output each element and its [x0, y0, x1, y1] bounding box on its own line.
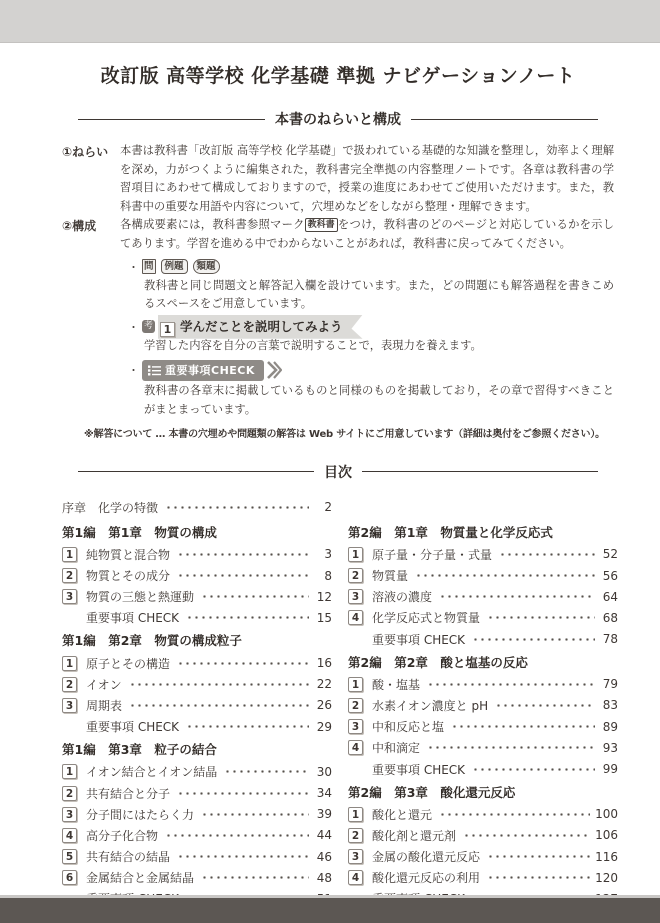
feature-check-description: 教科書の各章末に掲載しているものと同様のものを掲載しており，その章で習得すべきこ…: [144, 382, 614, 419]
item-number-spacer: [348, 632, 363, 647]
dot-leader: [177, 792, 309, 795]
toc-heading-wrap: 目次: [62, 462, 614, 482]
book-title: 改訂版 高等学校 化学基礎 準拠 ナビゲーションノート: [62, 61, 614, 88]
feature-explain: ・ 考 1学んだことを説明してみよう 学習した内容を自分の言葉で説明することで，…: [62, 317, 614, 356]
toc-item-title: 共有結合の結晶: [86, 848, 170, 865]
toc-chapter-heading: 第1編 第3章 粒子の結合: [62, 737, 332, 761]
think-icon: 考: [142, 320, 155, 333]
toc-page-number: 12: [314, 590, 332, 604]
toc-column-right: 第2編 第1章 物質量と化学反応式1原子量・分子量・式量522物質量563溶液の…: [348, 520, 618, 910]
page-content: 改訂版 高等学校 化学基礎 準拠 ナビゲーションノート 本書のねらいと構成 ①ね…: [0, 43, 660, 895]
dot-leader: [201, 595, 309, 598]
dot-leader: [186, 616, 309, 619]
structure-text-before: 各構成要素には，教科書参照マーク: [120, 218, 305, 231]
feature-check-head: ・ 重要事項CHECK: [128, 358, 614, 382]
toc-row: 1原子量・分子量・式量52: [348, 544, 618, 565]
dot-leader: [177, 855, 309, 858]
bottom-margin-band: [0, 895, 660, 923]
dot-leader: [186, 725, 309, 728]
chevron-right-icon: [266, 361, 282, 379]
toc-row: 1酸・塩基79: [348, 674, 618, 695]
top-margin-band: [0, 0, 660, 43]
toc-item-title: 原子とその構造: [86, 655, 170, 672]
toc-page-number: 30: [314, 765, 332, 779]
toc-item-title: イオン: [86, 676, 122, 693]
dot-leader: [224, 770, 309, 773]
toc-page-number: 79: [600, 677, 618, 691]
item-number-badge: 3: [62, 589, 77, 604]
item-number-badge: 3: [62, 807, 77, 822]
answers-footnote: ※解答について … 本書の穴埋めや問題類の解答は Web サイトにご用意していま…: [84, 425, 614, 440]
toc-item-title: 酸・塩基: [372, 676, 420, 693]
toc-item-title: 金属結合と金属結晶: [86, 869, 194, 886]
dot-leader: [129, 704, 309, 707]
toc-row: 2共有結合と分子34: [62, 782, 332, 803]
toc-intro-page-number: 2: [314, 500, 332, 514]
dot-leader: [165, 834, 309, 837]
toc-page-number: 116: [595, 850, 618, 864]
toc-row: 1純物質と混合物3: [62, 544, 332, 565]
item-number-badge: 1: [62, 656, 77, 671]
intro-heading-text: 本書のねらいと構成: [265, 109, 411, 129]
item-number-badge: 2: [348, 828, 363, 843]
toc-item-title: 重要事項 CHECK: [372, 631, 465, 648]
dot-leader: [439, 595, 595, 598]
explain-ribbon: 1学んだことを説明してみよう: [158, 315, 363, 339]
toc-row: 重要事項 CHECK15: [62, 607, 332, 628]
dot-leader: [463, 834, 590, 837]
item-number-badge: 2: [348, 698, 363, 713]
check-banner-text: 重要事項CHECK: [165, 362, 255, 378]
toc-page-number: 48: [314, 871, 332, 885]
toc-page-number: 26: [314, 698, 332, 712]
dot-leader: [177, 574, 309, 577]
structure-block: ②構成 各構成要素には，教科書参照マーク教科書をつけ，教科書のどのページと対応し…: [62, 216, 614, 253]
dot-leader: [177, 553, 309, 556]
toc-item-title: 物質とその成分: [86, 567, 170, 584]
toc-chapter-heading: 第2編 第1章 物質量と化学反応式: [348, 520, 618, 544]
item-number-badge: 4: [62, 828, 77, 843]
dot-leader: [472, 638, 595, 641]
item-number-spacer: [62, 610, 77, 625]
toc-item-title: 中和滴定: [372, 739, 420, 756]
toc-row: 5共有結合の結晶46: [62, 846, 332, 867]
toc-row: 3中和反応と塩89: [348, 716, 618, 737]
toc-heading-text: 目次: [314, 462, 362, 482]
toc-page-number: 16: [314, 656, 332, 670]
dot-leader: [499, 553, 595, 556]
item-number-badge: 3: [348, 719, 363, 734]
bullet-dot: ・: [128, 259, 139, 275]
item-number-badge: 1: [62, 547, 77, 562]
toc-item-title: 酸化剤と還元剤: [372, 827, 456, 844]
toc-item-title: 中和反応と塩: [372, 718, 444, 735]
toc-row: 2水素イオン濃度と pH83: [348, 695, 618, 716]
toc-section-heading-rule: 目次: [78, 462, 598, 482]
toc-row: 2酸化剤と還元剤106: [348, 825, 618, 846]
toc-page-number: 120: [595, 871, 618, 885]
toc-row: 2物質量56: [348, 565, 618, 586]
toc-item-title: 酸化還元反応の利用: [372, 869, 480, 886]
toc-item-title: 酸化と還元: [372, 806, 432, 823]
toc-item-title: 周期表: [86, 697, 122, 714]
item-number-badge: 2: [62, 677, 77, 692]
list-icon: [148, 365, 161, 376]
toc-page-number: 83: [600, 698, 618, 712]
toc-intro-title: 序章 化学の特徴: [62, 499, 158, 516]
toc-page-number: 89: [600, 720, 618, 734]
toc-item-title: 金属の酸化還元反応: [372, 848, 480, 865]
toc-item-title: 重要事項 CHECK: [86, 609, 179, 626]
item-number-spacer: [62, 719, 77, 734]
item-number-badge: 4: [348, 740, 363, 755]
toc-item-title: 重要事項 CHECK: [372, 761, 465, 778]
item-number-badge: 1: [348, 547, 363, 562]
toc-item-title: 溶液の濃度: [372, 588, 432, 605]
toc-page-number: 99: [600, 762, 618, 776]
toc-item-title: 物質量: [372, 567, 408, 584]
toc-page-number: 39: [314, 807, 332, 821]
toc-item-title: 分子間にはたらく力: [86, 806, 194, 823]
toc-page-number: 106: [595, 828, 618, 842]
toc-item-title: 高分子化合物: [86, 827, 158, 844]
aim-text: 本書は教科書「改訂版 高等学校 化学基礎」で扱われている基礎的な知識を整理し，効…: [120, 142, 614, 216]
item-number-badge: 3: [348, 849, 363, 864]
toc-row: 1イオン結合とイオン結晶30: [62, 761, 332, 782]
item-number-badge: 1: [62, 764, 77, 779]
similar-problem-badge: 類題: [193, 259, 220, 274]
item-number-badge: 1: [348, 807, 363, 822]
dot-leader: [201, 876, 309, 879]
intro-area: ①ねらい 本書は教科書「改訂版 高等学校 化学基礎」で扱われている基礎的な知識を…: [62, 142, 614, 440]
feature-check: ・ 重要事項CHECK: [62, 358, 614, 419]
toc-row: 3溶液の濃度64: [348, 586, 618, 607]
toc-intro-row: 序章 化学の特徴 2: [62, 497, 332, 518]
dot-leader: [487, 855, 590, 858]
toc-page-number: 100: [595, 807, 618, 821]
structure-label: ②構成: [62, 216, 120, 234]
item-number-badge: 2: [62, 568, 77, 583]
toc-page-number: 3: [314, 547, 332, 561]
item-number-badge: 2: [62, 786, 77, 801]
question-badge: 問: [142, 259, 156, 274]
explain-number-box: 1: [160, 322, 175, 337]
dot-leader: [129, 683, 309, 686]
toc-row: 4高分子化合物44: [62, 825, 332, 846]
toc-column-left: 第1編 第1章 物質の構成1純物質と混合物32物質とその成分83物質の三態と熱運…: [62, 520, 332, 910]
dot-leader: [487, 616, 595, 619]
toc-page-number: 34: [314, 786, 332, 800]
bullet-dot: ・: [128, 319, 139, 335]
item-number-badge: 2: [348, 568, 363, 583]
toc-row: 2物質とその成分8: [62, 565, 332, 586]
toc-row: 3金属の酸化還元反応116: [348, 846, 618, 867]
feature-problem-description: 教科書と同じ問題文と解答記入欄を設けています。また，どの問題にも解答過程を書きこ…: [144, 277, 614, 314]
dot-leader: [165, 506, 309, 509]
toc-row: 6金属結合と金属結晶48: [62, 867, 332, 888]
feature-explain-description: 学習した内容を自分の言葉で説明することで，表現力を養えます。: [144, 337, 614, 356]
dot-leader: [427, 683, 595, 686]
intro-section-heading: 本書のねらいと構成: [78, 109, 598, 129]
toc-chapter-heading: 第1編 第1章 物質の構成: [62, 520, 332, 544]
dot-leader: [427, 746, 595, 749]
item-number-badge: 3: [62, 698, 77, 713]
item-number-badge: 4: [348, 870, 363, 885]
dot-leader: [439, 813, 590, 816]
toc-page-number: 52: [600, 547, 618, 561]
dot-leader: [201, 813, 309, 816]
toc-page-number: 29: [314, 720, 332, 734]
aim-block: ①ねらい 本書は教科書「改訂版 高等学校 化学基礎」で扱われている基礎的な知識を…: [62, 142, 614, 216]
item-number-badge: 1: [348, 677, 363, 692]
toc-row: 重要事項 CHECK29: [62, 716, 332, 737]
toc-row: 重要事項 CHECK99: [348, 758, 618, 779]
item-number-badge: 3: [348, 589, 363, 604]
toc-chapter-heading: 第1編 第2章 物質の構成粒子: [62, 628, 332, 652]
toc-row: 3分子間にはたらく力39: [62, 804, 332, 825]
toc-item-title: 水素イオン濃度と pH: [372, 697, 488, 714]
dot-leader: [495, 704, 595, 707]
toc-page-number: 64: [600, 590, 618, 604]
toc-row: 2イオン22: [62, 674, 332, 695]
heading-rule-right: [362, 471, 598, 472]
toc-row: 3物質の三態と熱運動12: [62, 586, 332, 607]
item-number-badge: 6: [62, 870, 77, 885]
toc-row: 3周期表26: [62, 695, 332, 716]
heading-rule-left: [78, 471, 314, 472]
toc-page-number: 22: [314, 677, 332, 691]
toc-item-title: 共有結合と分子: [86, 785, 170, 802]
heading-rule-left: [78, 119, 265, 120]
toc-item-title: 純物質と混合物: [86, 546, 170, 563]
dot-leader: [487, 876, 590, 879]
toc-item-title: 原子量・分子量・式量: [372, 546, 492, 563]
toc-item-title: 重要事項 CHECK: [86, 718, 179, 735]
feature-problem-head: ・ 問 例題 類題: [128, 257, 614, 277]
example-badge: 例題: [161, 259, 188, 274]
feature-explain-head: ・ 考 1学んだことを説明してみよう: [128, 317, 614, 337]
toc-page-number: 56: [600, 569, 618, 583]
toc-page-number: 46: [314, 850, 332, 864]
toc-item-title: 物質の三態と熱運動: [86, 588, 194, 605]
toc-item-title: イオン結合とイオン結晶: [86, 763, 217, 780]
heading-rule-right: [411, 119, 598, 120]
toc-chapter-heading: 第2編 第3章 酸化還元反応: [348, 780, 618, 804]
item-number-badge: 5: [62, 849, 77, 864]
dot-leader: [472, 768, 595, 771]
dot-leader: [451, 725, 595, 728]
toc-row: 1原子とその構造16: [62, 652, 332, 673]
dot-leader: [415, 574, 595, 577]
item-number-badge: 4: [348, 610, 363, 625]
toc-item-title: 化学反応式と物質量: [372, 609, 480, 626]
toc-columns: 第1編 第1章 物質の構成1純物質と混合物32物質とその成分83物質の三態と熱運…: [62, 520, 614, 910]
toc-page-number: 78: [600, 632, 618, 646]
book-page-scan: 改訂版 高等学校 化学基礎 準拠 ナビゲーションノート 本書のねらいと構成 ①ね…: [0, 0, 660, 923]
item-number-spacer: [348, 762, 363, 777]
toc-row: 1酸化と還元100: [348, 804, 618, 825]
explain-banner-text: 学んだことを説明してみよう: [180, 319, 343, 334]
toc-row: 4中和滴定93: [348, 737, 618, 758]
dot-leader: [177, 662, 309, 665]
toc-row: 重要事項 CHECK78: [348, 628, 618, 649]
feature-problem: ・ 問 例題 類題 教科書と同じ問題文と解答記入欄を設けています。また，どの問題…: [62, 257, 614, 314]
toc-row: 4化学反応式と物質量68: [348, 607, 618, 628]
toc-page-number: 44: [314, 828, 332, 842]
aim-label: ①ねらい: [62, 142, 120, 160]
toc-page-number: 93: [600, 741, 618, 755]
toc-page-number: 15: [314, 611, 332, 625]
toc-page-number: 68: [600, 611, 618, 625]
toc-row: 4酸化還元反応の利用120: [348, 867, 618, 888]
toc-chapter-heading: 第2編 第2章 酸と塩基の反応: [348, 650, 618, 674]
textbook-ref-mark: 教科書: [305, 218, 338, 232]
important-check-banner: 重要事項CHECK: [142, 360, 264, 381]
bullet-dot: ・: [128, 362, 139, 378]
toc-page-number: 8: [314, 569, 332, 583]
structure-text: 各構成要素には，教科書参照マーク教科書をつけ，教科書のどのページと対応しているか…: [120, 216, 614, 253]
